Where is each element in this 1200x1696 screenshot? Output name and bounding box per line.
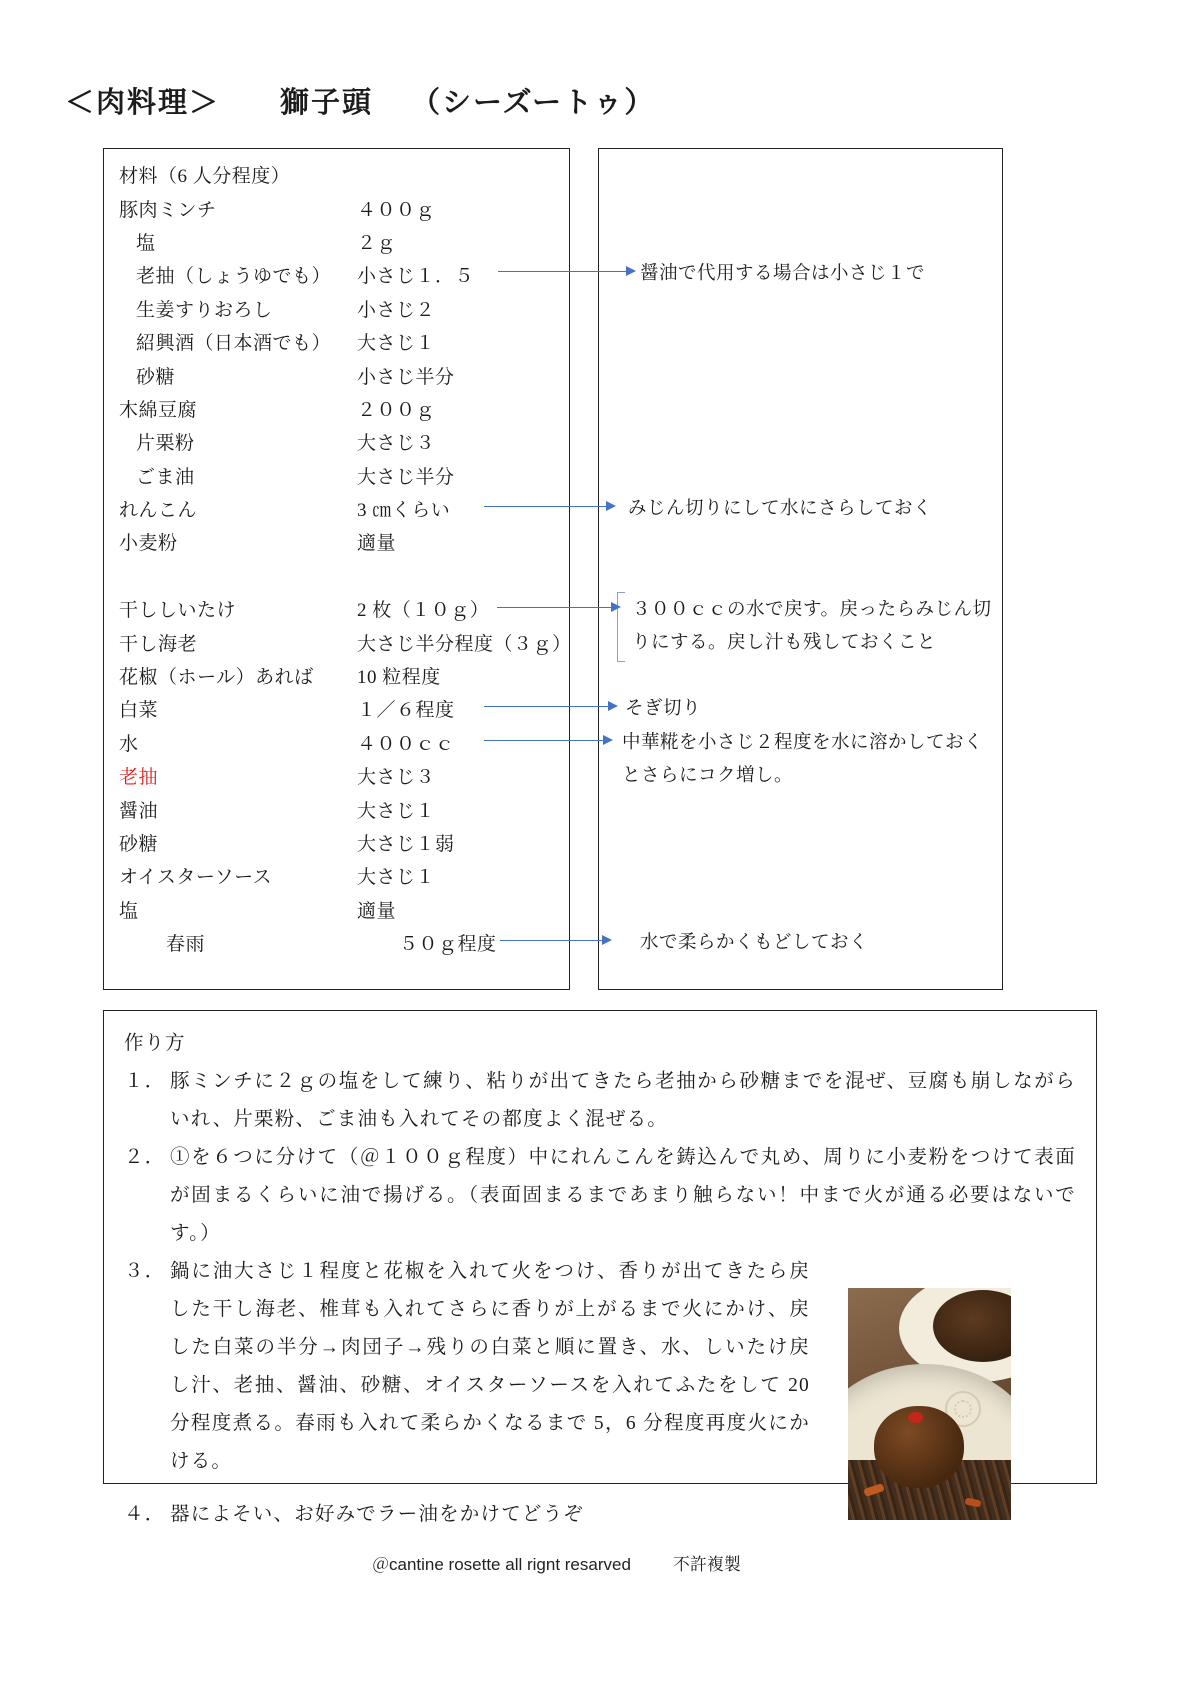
step-number: ４． <box>124 1496 170 1534</box>
arrow-harusame-icon <box>500 940 602 941</box>
step-text: ①を６つに分けて（＠１００ｇ程度）中にれんこんを鋳込んで丸め、周りに小麦粉をつけ… <box>170 1147 1076 1244</box>
ingredient-amount: 大さじ１ <box>357 862 435 889</box>
ingredient-row: 片栗粉大さじ３ <box>119 425 561 458</box>
note-chuka-koji: 中華糀を小さじ２程度を水に溶かしておくとさらにコク増し。 <box>622 727 1000 793</box>
ingredient-amount: 2 枚（１０ｇ） <box>357 595 489 622</box>
ingredient-row: 醤油大さじ１ <box>119 792 561 825</box>
ingredient-row: 干し海老大さじ半分程度（３ｇ） <box>119 625 561 658</box>
ingredient-label-laochou-red: 老抽 <box>119 762 158 789</box>
ingredient-row: オイスターソース大さじ１ <box>119 859 561 892</box>
ingredient-row: 水４００ｃｃ <box>119 726 561 759</box>
instruction-step-1: １． 豚ミンチに２ｇの塩をして練り、粘りが出てきたら老抽から砂糖までを混ぜ、豆腐… <box>124 1063 1076 1139</box>
ingredient-row: 干ししいたけ2 枚（１０ｇ） <box>119 592 561 625</box>
ingredient-label: 干ししいたけ <box>119 595 236 622</box>
step-number: ３． <box>124 1253 170 1496</box>
ingredient-amount: ４００ｃｃ <box>357 729 455 756</box>
ingredient-row: れんこん3 ㎝くらい <box>119 492 561 525</box>
ingredient-label: 塩 <box>119 896 139 923</box>
ingredient-amount: ２ｇ <box>357 228 396 255</box>
ingredient-label: 豚肉ミンチ <box>119 195 217 222</box>
note-hakusai-cut: そぎ切り <box>625 693 701 726</box>
photo-goji-berry <box>908 1412 923 1423</box>
ingredient-row-blank <box>119 559 561 592</box>
ingredient-row: 生姜すりおろし小さじ２ <box>119 292 561 325</box>
ingredient-row: 砂糖大さじ１弱 <box>119 826 561 859</box>
ingredient-amount: 大さじ１ <box>357 796 435 823</box>
ingredient-amount: 大さじ１ <box>357 328 435 355</box>
ingredient-label: 砂糖 <box>119 829 158 856</box>
ingredient-row: 春雨５０ｇ程度 <box>119 926 561 959</box>
ingredients-header: 材料（6 人分程度） <box>119 158 561 191</box>
ingredient-amount: 3 ㎝くらい <box>357 495 450 522</box>
ingredient-label: 片栗粉 <box>119 428 195 455</box>
step-text: 器によそい、お好みでラー油をかけてどうぞ <box>170 1504 584 1525</box>
note-shiitake-soak: ３００ｃｃの水で戻す。戻ったらみじん切りにする。戻し汁も残しておくこと <box>632 594 994 660</box>
ingredient-amount: 大さじ半分程度（３ｇ） <box>357 629 572 656</box>
ingredient-label: 紹興酒（日本酒でも） <box>119 328 331 355</box>
ingredient-amount: 小さじ１．５ <box>357 261 474 288</box>
step-text: 豚ミンチに２ｇの塩をして練り、粘りが出てきたら老抽から砂糖までを混ぜ、豆腐も崩し… <box>170 1071 1076 1130</box>
ingredient-amount: １／６程度 <box>357 695 455 722</box>
arrow-laochou-icon <box>498 271 626 272</box>
instruction-step-2: ２． ①を６つに分けて（＠１００ｇ程度）中にれんこんを鋳込んで丸め、周りに小麦粉… <box>124 1139 1076 1253</box>
ingredient-row: 木綿豆腐２００ｇ <box>119 392 561 425</box>
ingredient-amount: 適量 <box>357 896 396 923</box>
ingredient-amount: 大さじ３ <box>357 428 435 455</box>
arrow-shiitake-icon <box>497 607 611 608</box>
page-title: ＜肉料理＞獅子頭（シーズートゥ） <box>65 80 655 121</box>
step-text: 鍋に油大さじ１程度と花椒を入れて火をつけ、香りが出てきたら戻した干し海老、椎茸も… <box>170 1261 810 1472</box>
dish-photo <box>848 1288 1011 1520</box>
footer-copy-notice: 不許複製 <box>673 1555 741 1574</box>
ingredient-row: 豚肉ミンチ４００ｇ <box>119 191 561 224</box>
ingredient-label: 春雨 <box>119 929 205 956</box>
ingredient-label: オイスターソース <box>119 862 272 889</box>
ingredient-row: 砂糖小さじ半分 <box>119 358 561 391</box>
ingredient-amount: 小さじ２ <box>357 295 435 322</box>
ingredient-label: 生姜すりおろし <box>119 295 273 322</box>
arrow-water-icon <box>484 740 603 741</box>
ingredient-label: 白菜 <box>119 695 158 722</box>
ingredient-row: 花椒（ホール）あれば10 粒程度 <box>119 659 561 692</box>
title-reading: （シーズートゥ） <box>411 87 655 119</box>
ingredient-label: 水 <box>119 729 139 756</box>
ingredient-label: れんこん <box>119 495 197 522</box>
ingredient-row: 塩適量 <box>119 893 561 926</box>
footer: ＠cantine rosette all rignt resarved不許複製 <box>372 1550 741 1575</box>
arrow-renkon-icon <box>484 506 606 507</box>
note-harusame-soak: 水で柔らかくもどしておく <box>640 927 868 960</box>
arrow-hakusai-icon <box>484 706 608 707</box>
note-laochou-substitute: 醤油で代用する場合は小さじ１で <box>640 258 925 291</box>
ingredient-label: 木綿豆腐 <box>119 395 197 422</box>
ingredient-label: 老抽（しょうゆでも） <box>119 261 331 288</box>
recipe-page: ＜肉料理＞獅子頭（シーズートゥ） 材料（6 人分程度） 豚肉ミンチ４００ｇ 塩２… <box>0 0 1200 1696</box>
ingredients-header-label: 材料（6 人分程度） <box>119 161 290 188</box>
ingredient-amount: ５０ｇ程度 <box>399 929 497 956</box>
ingredient-label: 干し海老 <box>119 629 197 656</box>
ingredient-row: 小麦粉適量 <box>119 525 561 558</box>
ingredient-amount: 大さじ１弱 <box>357 829 455 856</box>
ingredient-row: 紹興酒（日本酒でも）大さじ１ <box>119 325 561 358</box>
ingredient-amount: 小さじ半分 <box>357 362 455 389</box>
ingredient-row: 塩２ｇ <box>119 225 561 258</box>
instructions-header: 作り方 <box>124 1027 1076 1055</box>
title-category: ＜肉料理＞ <box>65 87 220 119</box>
ingredient-row: ごま油大さじ半分 <box>119 459 561 492</box>
ingredient-amount: 10 粒程度 <box>357 662 441 689</box>
title-dish-name: 獅子頭 <box>280 87 373 119</box>
ingredient-label: 砂糖 <box>119 362 175 389</box>
ingredient-amount: 適量 <box>357 528 396 555</box>
ingredient-label: ごま油 <box>119 462 195 489</box>
ingredient-label: 醤油 <box>119 796 158 823</box>
ingredient-amount: ２００ｇ <box>357 395 435 422</box>
ingredient-label: 小麦粉 <box>119 528 178 555</box>
note-renkon: みじん切りにして水にさらしておく <box>628 493 932 526</box>
ingredients-box: 材料（6 人分程度） 豚肉ミンチ４００ｇ 塩２ｇ 老抽（しょうゆでも）小さじ１．… <box>103 148 570 990</box>
ingredient-amount: 大さじ半分 <box>357 462 455 489</box>
step-number: １． <box>124 1063 170 1139</box>
step-number: ２． <box>124 1139 170 1253</box>
ingredient-row: 老抽大さじ３ <box>119 759 561 792</box>
ingredient-label: 花椒（ホール）あれば <box>119 662 314 689</box>
footer-credit: ＠cantine rosette all rignt resarved <box>372 1555 631 1574</box>
ingredient-row: 老抽（しょうゆでも）小さじ１．５ <box>119 258 561 291</box>
ingredient-row: 白菜１／６程度 <box>119 692 561 725</box>
ingredient-amount: ４００ｇ <box>357 195 435 222</box>
ingredient-label: 塩 <box>119 228 156 255</box>
ingredient-amount: 大さじ３ <box>357 762 435 789</box>
